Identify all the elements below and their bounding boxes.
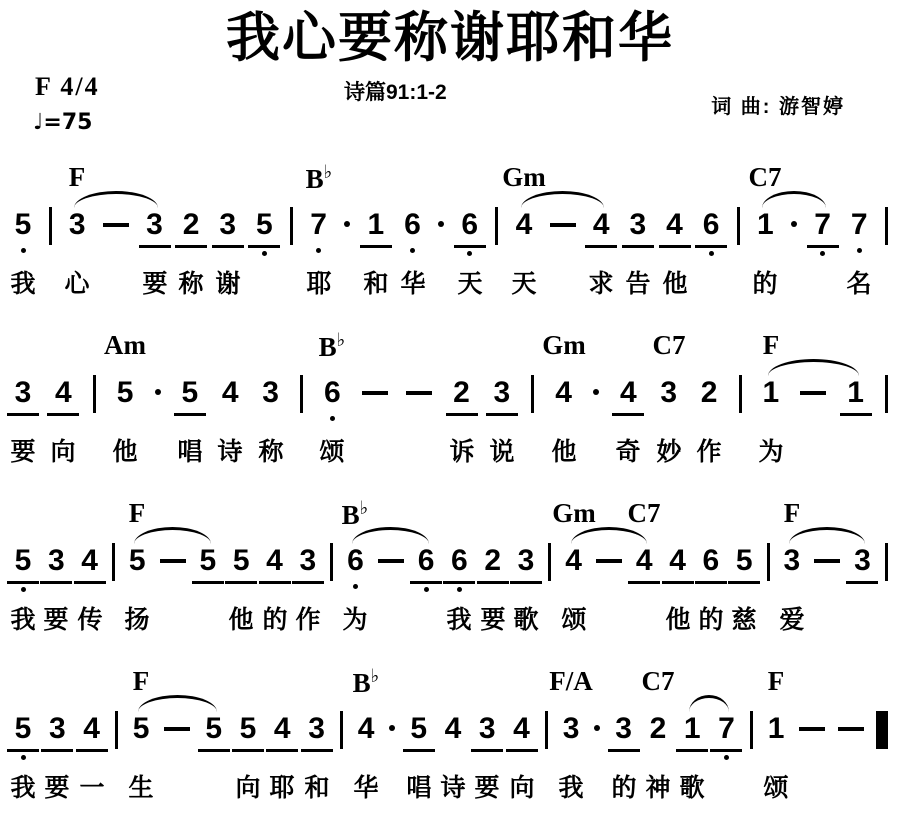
note: 1: [754, 206, 776, 244]
note: 2: [698, 374, 720, 412]
barline: [885, 375, 888, 413]
barline: [767, 543, 770, 581]
chord-label: Am: [104, 330, 146, 361]
lyric-syllable: 耶: [269, 768, 294, 804]
note-digit: 7: [715, 710, 737, 748]
note: 4: [513, 206, 535, 244]
lyric-syllable: 的: [752, 264, 777, 300]
eighth-underline: [7, 413, 39, 416]
barline: [739, 375, 742, 413]
barline: [115, 711, 118, 749]
note-digit: 5: [130, 710, 152, 748]
note: 5: [126, 542, 148, 580]
eighth-underline: [695, 245, 727, 248]
lyric-syllable: 慈: [731, 600, 756, 636]
low-octave-dot: [467, 251, 472, 256]
barline: [545, 711, 548, 749]
note-digit: 3: [476, 710, 498, 748]
barline: [290, 207, 293, 245]
eighth-underline: [292, 581, 324, 584]
note-digit: 3: [560, 710, 582, 748]
note-digit: 5: [408, 710, 430, 748]
lyric-syllable: 诗: [217, 432, 242, 468]
note-digit: 4: [511, 710, 533, 748]
augmentation-dot: [594, 725, 600, 731]
note-digit: 3: [260, 374, 282, 412]
note: 6: [344, 542, 366, 589]
note-digit: 4: [617, 374, 639, 412]
eighth-underline: [622, 245, 654, 248]
duration-dash: [378, 559, 404, 563]
lyric-syllable: 要: [480, 600, 505, 636]
note-digit: 4: [81, 710, 103, 748]
note-digit: 4: [52, 374, 74, 412]
chord-label: F: [763, 330, 780, 361]
eighth-underline: [659, 245, 691, 248]
note-digit: 3: [66, 206, 88, 244]
eighth-underline: [846, 581, 878, 584]
note: 5: [197, 542, 219, 584]
note: 3: [217, 206, 239, 248]
chord-label: F: [129, 498, 146, 529]
note-digit: 4: [553, 374, 575, 412]
note: 5: [12, 542, 34, 592]
low-octave-dot: [724, 755, 729, 760]
eighth-underline: [477, 581, 509, 584]
lyric-syllable: 和: [304, 768, 329, 804]
augmentation-dot: [389, 725, 395, 731]
barline: [737, 207, 740, 245]
note-digit: 4: [442, 710, 464, 748]
note: 4: [81, 710, 103, 752]
eighth-underline: [232, 749, 264, 752]
chord-label: Gm: [552, 498, 596, 529]
chord-label: B♭: [306, 162, 333, 195]
lyric-syllable: 的: [262, 600, 287, 636]
note: 3: [306, 710, 328, 752]
note: 4: [355, 710, 377, 748]
lyric-syllable: 唱: [177, 432, 202, 468]
chord-label: C7: [653, 330, 686, 361]
note: 1: [681, 710, 703, 752]
lyric-syllable: 华: [400, 264, 425, 300]
eighth-underline: [139, 245, 171, 248]
note: 6: [700, 206, 722, 256]
eighth-underline: [454, 245, 486, 248]
note-digit: 2: [698, 374, 720, 412]
duration-dash: [406, 391, 432, 395]
note-digit: 4: [271, 710, 293, 748]
lyric-syllable: 要: [474, 768, 499, 804]
note-digit: 2: [482, 542, 504, 580]
note-digit: 6: [459, 206, 481, 244]
note: 4: [633, 542, 655, 584]
eighth-underline: [807, 245, 839, 248]
note: 6: [448, 542, 470, 592]
note-digit: 3: [12, 374, 34, 412]
note-digit: 5: [126, 542, 148, 580]
note-digit: 4: [219, 374, 241, 412]
note-digit: 6: [402, 206, 424, 244]
eighth-underline: [728, 581, 760, 584]
lyric-syllable: 颂: [319, 432, 344, 468]
lyric-syllable: 为: [342, 600, 367, 636]
note: 6: [402, 206, 424, 253]
system-line-4: 5345554345434332171FB♭F/AC7F我要一生向耶和华唱诗要向…: [12, 666, 888, 804]
barline: [49, 207, 52, 245]
lyric-syllable: 华: [353, 768, 378, 804]
note: 4: [553, 374, 575, 412]
chord-label: C7: [628, 498, 661, 529]
lyric-syllable: 耶: [306, 264, 331, 300]
augmentation-dot: [438, 221, 444, 227]
chord-label: B♭: [353, 666, 380, 699]
eighth-underline: [628, 581, 660, 584]
eighth-underline: [360, 245, 392, 248]
note-digit: 4: [264, 542, 286, 580]
note: 6: [700, 542, 722, 584]
note: 2: [451, 374, 473, 416]
barline: [495, 207, 498, 245]
duration-dash: [362, 391, 388, 395]
header-meta: F 4/4 ♩=75 诗篇91:1-2 词 曲: 游智婷: [0, 70, 900, 160]
lyric-syllable: 奇: [615, 432, 640, 468]
eighth-underline: [510, 581, 542, 584]
eighth-underline: [266, 749, 298, 752]
note: 6: [459, 206, 481, 256]
eighth-underline: [301, 749, 333, 752]
eighth-underline: [585, 245, 617, 248]
key-time-signature: F 4/4: [35, 72, 100, 102]
barline: [885, 207, 888, 245]
lyric-syllable: 天: [511, 264, 536, 300]
note: 6: [321, 374, 343, 421]
eighth-underline: [76, 749, 108, 752]
low-octave-dot: [820, 251, 825, 256]
note-digit: 2: [647, 710, 669, 748]
eighth-underline: [662, 581, 694, 584]
note-digit: 6: [415, 542, 437, 580]
note-digit: 1: [845, 374, 867, 412]
eighth-underline: [259, 581, 291, 584]
note-digit: 3: [144, 206, 166, 244]
barline: [330, 543, 333, 581]
eighth-underline: [192, 581, 224, 584]
note: 2: [482, 542, 504, 584]
eighth-underline: [695, 581, 727, 584]
chord-label: C7: [749, 162, 782, 193]
note: 3: [627, 206, 649, 248]
low-octave-dot: [21, 755, 26, 760]
lyric-syllable: 说: [489, 432, 514, 468]
note: 1: [365, 206, 387, 248]
lyric-syllable: 神: [645, 768, 670, 804]
note: 3: [613, 710, 635, 752]
lyric-syllable: 传: [77, 600, 102, 636]
note-digit: 3: [627, 206, 649, 244]
note: 7: [715, 710, 737, 760]
note: 7: [308, 206, 330, 253]
low-octave-dot: [353, 584, 358, 589]
duration-dash: [814, 559, 840, 563]
lyric-syllable: 天: [457, 264, 482, 300]
low-octave-dot: [262, 251, 267, 256]
chord-label: F: [133, 666, 150, 697]
lyric-syllable: 诗: [440, 768, 465, 804]
note: 3: [491, 374, 513, 416]
chord-label: F: [784, 498, 801, 529]
lyric-syllable: 颂: [561, 600, 586, 636]
lyric-syllable: 要: [43, 600, 68, 636]
note: 5: [12, 710, 34, 760]
lyric-syllable: 我: [10, 768, 35, 804]
augmentation-dot: [791, 221, 797, 227]
note-digit: 1: [754, 206, 776, 244]
note-digit: 4: [513, 206, 535, 244]
note-digit: 5: [114, 374, 136, 412]
note-digit: 5: [12, 206, 34, 244]
note-digit: 2: [180, 206, 202, 244]
note: 3: [560, 710, 582, 748]
low-octave-dot: [21, 587, 26, 592]
eighth-underline: [840, 413, 872, 416]
note-digit: 4: [590, 206, 612, 244]
note: 5: [237, 710, 259, 752]
eighth-underline: [471, 749, 503, 752]
note-digit: 4: [355, 710, 377, 748]
flat-sign: ♭: [337, 330, 346, 350]
duration-dash: [103, 223, 129, 227]
note-digit: 6: [344, 542, 366, 580]
note: 3: [45, 542, 67, 584]
note-digit: 7: [812, 206, 834, 244]
note: 7: [848, 206, 870, 253]
sheet-music-page: 我心要称谢耶和华 F 4/4 ♩=75 诗篇91:1-2 词 曲: 游智婷 53…: [0, 6, 900, 830]
note: 4: [271, 710, 293, 752]
eighth-underline: [608, 749, 640, 752]
duration-dash: [160, 559, 186, 563]
augmentation-dot: [155, 389, 161, 395]
eighth-underline: [47, 413, 79, 416]
lyric-syllable: 我: [10, 264, 35, 300]
low-octave-dot: [330, 416, 335, 421]
chord-label: F/A: [549, 666, 593, 697]
lyric-syllable: 的: [611, 768, 636, 804]
note: 3: [851, 542, 873, 584]
eighth-underline: [248, 245, 280, 248]
note: 4: [664, 206, 686, 248]
final-barline: [876, 711, 888, 749]
lyric-syllable: 他: [228, 600, 253, 636]
lyric-syllable: 称: [258, 432, 283, 468]
note: 3: [297, 542, 319, 584]
duration-dash: [800, 391, 826, 395]
note-digit: 4: [667, 542, 689, 580]
system-line-3: 53455543666234446533FB♭GmC7F我要传扬他的作为我要歌颂…: [12, 498, 888, 636]
lyric-syllable: 求: [588, 264, 613, 300]
note-digit: 4: [633, 542, 655, 580]
lyric-syllable: 谢: [215, 264, 240, 300]
scripture-reference: 诗篇91:1-2: [344, 76, 447, 106]
note-digit: 1: [681, 710, 703, 748]
note-digit: 1: [765, 710, 787, 748]
eighth-underline: [486, 413, 518, 416]
note: 5: [130, 710, 152, 748]
note: 5: [203, 710, 225, 752]
lyric-syllable: 一: [79, 768, 104, 804]
note: 3: [46, 710, 68, 752]
lyric-syllable: 向: [50, 432, 75, 468]
note-digit: 5: [237, 710, 259, 748]
lyric-syllable: 称: [178, 264, 203, 300]
note-digit: 3: [46, 710, 68, 748]
barline: [885, 543, 888, 581]
note-digit: 6: [321, 374, 343, 412]
lyric-syllable: 和: [363, 264, 388, 300]
quarter-note-icon: ♩: [33, 110, 43, 135]
lyric-syllable: 他: [665, 600, 690, 636]
note: 4: [590, 206, 612, 248]
note-digit: 5: [203, 710, 225, 748]
note: 3: [476, 710, 498, 752]
note: 2: [647, 710, 669, 748]
note: 3: [66, 206, 88, 244]
note: 5: [253, 206, 275, 256]
lyric-syllable: 作: [295, 600, 320, 636]
barline: [548, 543, 551, 581]
note: 5: [408, 710, 430, 752]
barline: [340, 711, 343, 749]
note-digit: 7: [848, 206, 870, 244]
barline: [112, 543, 115, 581]
note: 3: [781, 542, 803, 580]
eighth-underline: [612, 413, 644, 416]
note-digit: 3: [217, 206, 239, 244]
note-digit: 3: [658, 374, 680, 412]
note: 4: [511, 710, 533, 752]
note: 3: [12, 374, 34, 416]
lyric-syllable: 歌: [513, 600, 538, 636]
note-digit: 5: [197, 542, 219, 580]
score: 533235716644346177FB♭GmC7我心要称谢耶和华天天求告他的名…: [0, 162, 900, 804]
low-octave-dot: [21, 248, 26, 253]
barline: [750, 711, 753, 749]
note-digit: 5: [12, 710, 34, 748]
note-digit: 5: [253, 206, 275, 244]
note-digit: 4: [664, 206, 686, 244]
note-digit: 3: [306, 710, 328, 748]
flat-sign: ♭: [360, 498, 369, 518]
note-digit: 5: [733, 542, 755, 580]
note-digit: 3: [297, 542, 319, 580]
lyric-syllable: 唱: [406, 768, 431, 804]
chord-label: F: [69, 162, 86, 193]
lyric-syllable: 的: [698, 600, 723, 636]
lyric-syllable: 歌: [679, 768, 704, 804]
duration-dash: [799, 727, 825, 731]
note-digit: 3: [781, 542, 803, 580]
note-digit: 3: [515, 542, 537, 580]
note: 4: [667, 542, 689, 584]
note: 1: [765, 710, 787, 748]
augmentation-dot: [593, 389, 599, 395]
lyric-syllable: 告: [625, 264, 650, 300]
lyric-syllable: 向: [235, 768, 260, 804]
chord-label: Gm: [502, 162, 546, 193]
note: 6: [415, 542, 437, 592]
eighth-underline: [710, 749, 742, 752]
note: 5: [230, 542, 252, 584]
flat-sign: ♭: [324, 162, 333, 182]
note: 3: [658, 374, 680, 412]
low-octave-dot: [424, 587, 429, 592]
eighth-underline: [506, 749, 538, 752]
note: 1: [760, 374, 782, 412]
lyric-syllable: 名: [846, 264, 871, 300]
lyric-syllable: 作: [696, 432, 721, 468]
eighth-underline: [410, 581, 442, 584]
note-digit: 7: [308, 206, 330, 244]
note: 3: [144, 206, 166, 248]
note-digit: 3: [613, 710, 635, 748]
song-title: 我心要称谢耶和华: [0, 6, 900, 70]
chord-label: C7: [642, 666, 675, 697]
chord-label: B♭: [319, 330, 346, 363]
chord-label: B♭: [342, 498, 369, 531]
eighth-underline: [40, 581, 72, 584]
note: 4: [264, 542, 286, 584]
note-digit: 5: [230, 542, 252, 580]
low-octave-dot: [857, 248, 862, 253]
lyric-syllable: 要: [44, 768, 69, 804]
duration-dash: [596, 559, 622, 563]
note: 4: [52, 374, 74, 416]
eighth-underline: [7, 749, 39, 752]
low-octave-dot: [457, 587, 462, 592]
note: 1: [845, 374, 867, 416]
lyric-syllable: 我: [10, 600, 35, 636]
eighth-underline: [174, 413, 206, 416]
note-digit: 1: [365, 206, 387, 244]
low-octave-dot: [410, 248, 415, 253]
lyric-syllable: 他: [662, 264, 687, 300]
eighth-underline: [7, 581, 39, 584]
lyric-syllable: 生: [128, 768, 153, 804]
note: 4: [79, 542, 101, 584]
eighth-underline: [446, 413, 478, 416]
note-digit: 4: [563, 542, 585, 580]
duration-dash: [838, 727, 864, 731]
note-digit: 3: [851, 542, 873, 580]
lyric-syllable: 我: [446, 600, 471, 636]
augmentation-dot: [344, 221, 350, 227]
barline: [531, 375, 534, 413]
lyric-syllable: 颂: [763, 768, 788, 804]
lyric-syllable: 要: [142, 264, 167, 300]
lyric-syllable: 要: [10, 432, 35, 468]
low-octave-dot: [316, 248, 321, 253]
note: 4: [563, 542, 585, 580]
eighth-underline: [676, 749, 708, 752]
note: 3: [260, 374, 282, 412]
lyric-syllable: 他: [551, 432, 576, 468]
eighth-underline: [175, 245, 207, 248]
note: 5: [114, 374, 136, 412]
note-digit: 6: [448, 542, 470, 580]
note-digit: 4: [79, 542, 101, 580]
note-digit: 5: [12, 542, 34, 580]
credits: 词 曲: 游智婷: [711, 90, 845, 119]
